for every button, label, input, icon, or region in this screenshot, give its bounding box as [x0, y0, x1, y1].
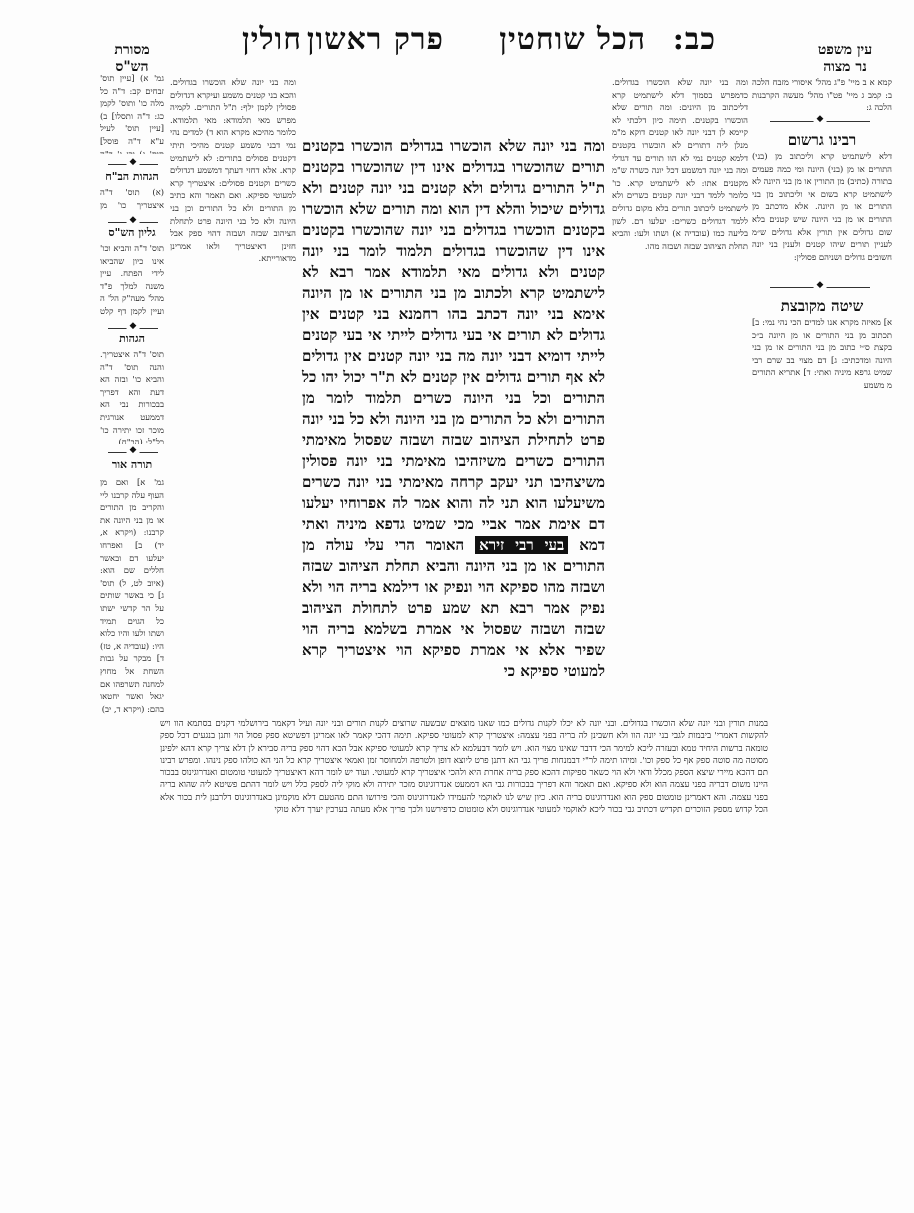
mesoret-header: מסורת הש"ס: [100, 42, 164, 76]
gemara-text-before: ומה בני יונה שלא הוכשרו בגדולים הוכשרו ב…: [302, 137, 605, 554]
gilyon-hashas-title: גליון הש"ס: [100, 226, 164, 239]
divider-ornament: [108, 160, 158, 169]
mesoret-title: מסורת: [100, 42, 164, 59]
ein-mishpat-title: עין משפט: [800, 42, 890, 59]
bottom-commentary: במנות תורין ובני יונה שלא הוכשרו בגדולים…: [160, 718, 768, 1138]
chapter-title: הכל שוחטין: [499, 22, 646, 57]
hagahot-habach-title: הגהות הב"ח: [100, 170, 164, 183]
mesoret-hashas-text: גמ' א) [עיין תוס' זבחים קב: ד"ה כל מלה כ…: [100, 72, 164, 154]
gemara-text: ומה בני יונה שלא הוכשרו בגדולים הוכשרו ב…: [302, 136, 605, 682]
shita-mekubetzet-text: א] מאיזה מקרא אנו למדים הכי נהי נמי: ב] …: [752, 316, 892, 426]
masechet-label: חולין: [242, 22, 302, 57]
divider-ornament: [770, 117, 870, 126]
gilyon-hashas-text: תוס' ד"ה והביא וכו' אינו כיון שהביאו ליד…: [100, 242, 164, 320]
gemara-highlight: בעי רבי זירא: [475, 536, 568, 554]
rabbeinu-gershom-title: רבינו גרשום: [752, 131, 892, 150]
tosafot-commentary: ומה בני יונה שלא הוכשרו בגדולים. והכא בנ…: [170, 76, 296, 711]
daf-number: כב:: [673, 22, 716, 57]
rabbeinu-gershom-text: דלא לישתמיט קרא וליכתוב מן (בני) התורים …: [752, 150, 892, 276]
hagahot-habach-text: (א) תוס' ד"ה איצטריך כו' מן המעוים לתוכו…: [100, 186, 164, 212]
tosafot-text: ומה בני יונה שלא הוכשרו בגדולים. והכא בנ…: [170, 77, 296, 263]
divider-ornament: [770, 283, 870, 292]
shita-mekubetzet-title: שיטה מקובצת: [752, 297, 892, 316]
divider-ornament: [108, 448, 158, 457]
torah-or-text: גמ' א] ואם מן העוף עלה קרבנו ליי והקריב …: [100, 476, 164, 746]
hagahot-title: הגהות: [100, 332, 164, 345]
rashi-commentary: ומה בני יונה שלא הוכשרו בגדולים. כדמפרש …: [612, 76, 748, 711]
torah-or-title: תורה אור: [100, 458, 164, 471]
rashi-text: ומה בני יונה שלא הוכשרו בגדולים. כדמפרש …: [612, 77, 748, 251]
perek-label: פרק ראשון: [307, 22, 444, 57]
ein-mishpat-text: קמא א ב מיי' פ"ג מהל' איסורי מזבח הלכה ב…: [752, 76, 892, 112]
ner-mitzvah-title: נר מצוה: [800, 59, 890, 76]
hagahot-text: תוס' ד"ה איצטריך. והנה תוס' ד"ה והביא כו…: [100, 348, 164, 444]
ein-mishpat-header: עין משפט נר מצוה: [800, 42, 890, 76]
gemara-text-after: האומר הרי עלי עולה מן התורים או מן בני ה…: [302, 536, 605, 680]
